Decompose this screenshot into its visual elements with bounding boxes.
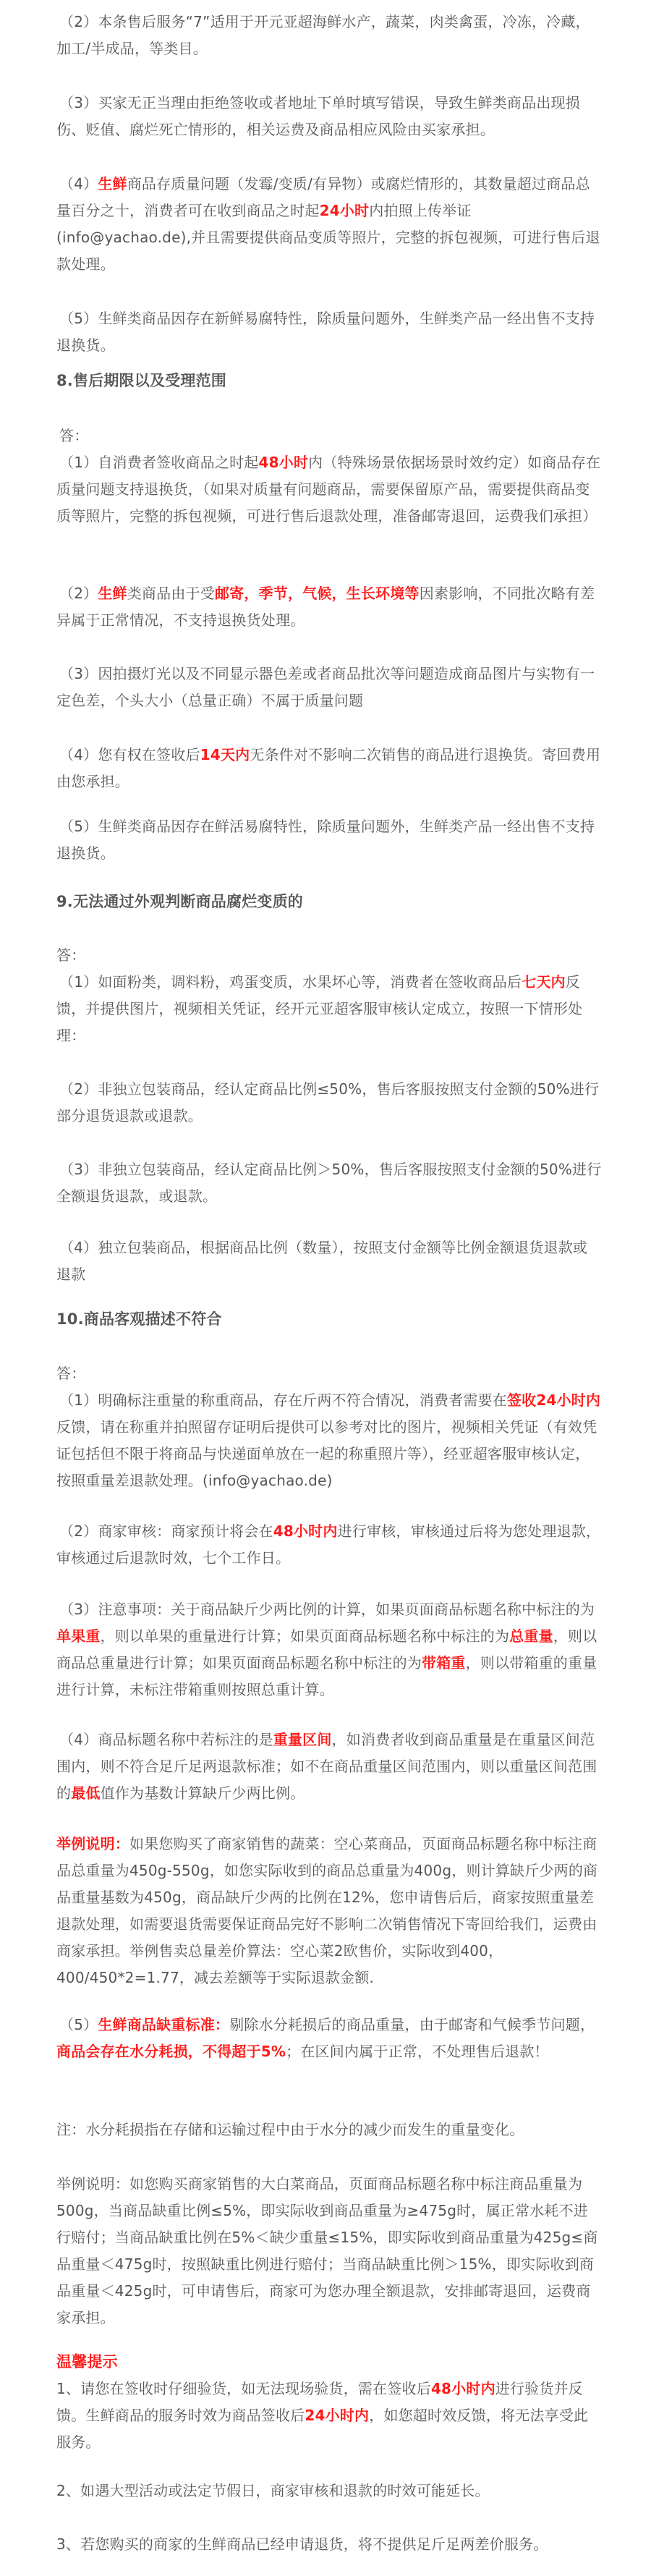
- paragraph-text: （1）如面粉类，调料粉，鸡蛋变质，水果坏心等，消费者在签收商品后: [59, 973, 522, 991]
- item-number: （5）: [59, 2016, 98, 2033]
- paragraph-text: （5）生鲜类商品因存在鲜活易腐特性，除质量问题外，生鲜类产品一经出售不支持退换货…: [56, 818, 595, 862]
- section-10-answer-label: 答：: [56, 1360, 602, 1387]
- highlight-48h: 48小时内: [431, 2380, 495, 2397]
- item-number: （4）: [59, 175, 98, 192]
- paragraph-text: 1、请您在签收时仔细验货，如无法现场验货，需在签收后: [56, 2380, 431, 2397]
- tip-item-3: 3、若您购买的商家的生鲜商品已经申请退货，将不提供足斤足两差价服务。: [56, 2531, 602, 2558]
- paragraph-text: （1）自消费者签收商品之时起: [59, 454, 259, 471]
- paragraph-text: （2）本条售后服务“7”适用于开元亚超海鲜水产，蔬菜，肉类禽蛋，冷冻，冷藏，加工…: [56, 13, 590, 57]
- paragraph-text: 值作为基数计算缺斤少两比例。: [101, 1784, 305, 1802]
- section-10-item-1: （1）明确标注重量的称重商品，存在斤两不符合情况，消费者需要在签收24小时内反馈…: [56, 1387, 602, 1494]
- section-10-heading: 10.商品客观描述不符合: [56, 1306, 602, 1333]
- paragraph-text: （3）非独立包装商品，经认定商品比例＞50%，售后客服按照支付金额的50%进行全…: [56, 1161, 601, 1205]
- highlight-box-weight: 带箱重: [422, 1654, 466, 1672]
- paragraph-text: （2）非独立包装商品，经认定商品比例≤50%，售后客服按照支付金额的50%进行部…: [56, 1080, 599, 1124]
- highlight-24h: 24小时: [320, 202, 370, 219]
- highlight-factors: 邮寄，季节，气候，生长环境等: [215, 585, 420, 602]
- paragraph-text: （1）明确标注重量的称重商品，存在斤两不符合情况，消费者需要在: [59, 1391, 507, 1409]
- section-10-item-3: （3）注意事项：关于商品缺斤少两比例的计算，如果页面商品标题名称中标注的为单果重…: [56, 1596, 602, 1703]
- policy-item-top-3: （3）买家无正当理由拒绝签收或者地址下单时填写错误，导致生鲜类商品出现损伤、贬值…: [56, 90, 602, 143]
- section-8-item-5: （5）生鲜类商品因存在鲜活易腐特性，除质量问题外，生鲜类产品一经出售不支持退换货…: [56, 813, 602, 867]
- section-10-item-4: （4）商品标题名称中若标注的是重量区间，如消费者收到商品重量是在重量区间范围内，…: [56, 1726, 602, 1807]
- highlight-fresh: 生鲜: [98, 175, 127, 192]
- tip-item-2: 2、如遇大型活动或法定节假日，商家审核和退款的时效可能延长。: [56, 2478, 602, 2504]
- section-9-item-2: （2）非独立包装商品，经认定商品比例≤50%，售后客服按照支付金额的50%进行部…: [56, 1076, 602, 1130]
- item-number: （2）: [59, 585, 98, 602]
- paragraph-text: （3）买家无正当理由拒绝签收或者地址下单时填写错误，导致生鲜类商品出现损伤、贬值…: [56, 94, 580, 138]
- paragraph-text: （5）生鲜类商品因存在新鲜易腐特性，除质量问题外，生鲜类产品一经出售不支持退换货…: [56, 310, 595, 354]
- section-8-item-4: （4）您有权在签收后14天内无条件对不影响二次销售的商品进行退换货。寄回费用由您…: [56, 742, 602, 795]
- paragraph-text: 反馈，请在称重并拍照留存证明后提供可以参考对比的图片，视频相关凭证（有效凭证包括…: [56, 1418, 597, 1489]
- highlight-fresh: 生鲜: [98, 585, 127, 602]
- highlight-weight-standard: 生鲜商品缺重标准：: [98, 2016, 229, 2033]
- paragraph-text: ，则以单果的重量进行计算；如果页面商品标题名称中标注的为: [101, 1627, 510, 1645]
- highlight-48h: 48小时内: [273, 1522, 338, 1540]
- section-8-item-1: （1）自消费者签收商品之时起48小时内（特殊场景依据场景时效约定）如商品存在质量…: [56, 449, 602, 530]
- paragraph-text: （3）注意事项：关于商品缺斤少两比例的计算，如果页面商品标题名称中标注的为: [59, 1601, 595, 1618]
- paragraph-text: ；在区间内属于正常，不处理售后退款！: [286, 2043, 549, 2060]
- section-10-item-2: （2）商家审核：商家预计将会在48小时内进行审核，审核通过后将为您处理退款，审核…: [56, 1518, 602, 1572]
- tip-item-1: 1、请您在签收时仔细验货，如无法现场验货，需在签收后48小时内进行验货并反馈。生…: [56, 2376, 602, 2456]
- section-10-example-1: 举例说明：如果您购买了商家销售的蔬菜：空心菜商品，页面商品标题名称中标注商品总重…: [56, 1831, 602, 1991]
- section-8-heading: 8.售后期限以及受理范围: [56, 368, 602, 394]
- policy-item-top-5: （5）生鲜类商品因存在新鲜易腐特性，除质量问题外，生鲜类产品一经出售不支持退换货…: [56, 305, 602, 359]
- section-10-item-5: （5）生鲜商品缺重标准：剔除水分耗损后的商品重量，由于邮寄和气候季节问题，商品会…: [56, 2012, 602, 2065]
- highlight-24h: 签收24小时内: [507, 1391, 600, 1409]
- highlight-single-fruit-weight: 单果重: [56, 1627, 101, 1645]
- policy-item-top-2: （2）本条售后服务“7”适用于开元亚超海鲜水产，蔬菜，肉类禽蛋，冷冻，冷藏，加工…: [56, 9, 602, 62]
- paragraph-text: 类商品由于受: [127, 585, 215, 602]
- highlight-7-days: 七天内: [522, 973, 566, 991]
- paragraph-text: （4）独立包装商品，根据商品比例（数量），按照支付金额等比例金额退货退款或退款: [56, 1239, 587, 1283]
- policy-item-top-4: （4）生鲜商品存质量问题（发霉/变质/有异物）或腐烂情形的，其数量超过商品总量百…: [56, 171, 602, 278]
- highlight-weight-range: 重量区间: [273, 1731, 332, 1748]
- section-8-item-3: （3）因拍摄灯光以及不同显示器色差或者商品批次等问题造成商品图片与实物有一定色差…: [56, 661, 602, 714]
- section-9-heading: 9.无法通过外观判断商品腐烂变质的: [56, 889, 602, 915]
- section-9-item-1: （1）如面粉类，调料粉，鸡蛋变质，水果坏心等，消费者在签收商品后七天内反馈，并提…: [56, 969, 602, 1049]
- section-8-answer-label: 答：: [56, 423, 602, 449]
- highlight-total-weight: 总重量: [509, 1627, 553, 1645]
- paragraph-text: （3）因拍摄灯光以及不同显示器色差或者商品批次等问题造成商品图片与实物有一定色差…: [56, 665, 595, 709]
- paragraph-text: 剔除水分耗损后的商品重量，由于邮寄和气候季节问题，: [229, 2016, 595, 2033]
- paragraph-text: 如果您购买了商家销售的蔬菜：空心菜商品，页面商品标题名称中标注商品总重量为450…: [56, 1835, 597, 1986]
- highlight-lowest: 最低: [71, 1784, 100, 1802]
- section-9-item-4: （4）独立包装商品，根据商品比例（数量），按照支付金额等比例金额退货退款或退款: [56, 1234, 602, 1288]
- section-8-item-2: （2）生鲜类商品由于受邮寄，季节，气候，生长环境等因素影响，不同批次略有差异属于…: [56, 580, 602, 634]
- section-10-note: 注：水分耗损指在存储和运输过程中由于水分的减少而发生的重量变化。: [56, 2117, 602, 2143]
- example-label: 举例说明：: [56, 1835, 129, 1852]
- paragraph-text: （4）商品标题名称中若标注的是: [59, 1731, 273, 1748]
- highlight-14-days: 14天内: [200, 746, 250, 763]
- paragraph-text: （2）商家审核：商家预计将会在: [59, 1522, 273, 1540]
- highlight-24h: 24小时内: [305, 2407, 369, 2424]
- highlight-water-loss: 商品会存在水分耗损，不得超于5%: [56, 2043, 286, 2060]
- highlight-48h: 48小时: [259, 454, 309, 471]
- section-9-answer-label: 答：: [56, 942, 602, 969]
- section-9-item-3: （3）非独立包装商品，经认定商品比例＞50%，售后客服按照支付金额的50%进行全…: [56, 1156, 602, 1210]
- paragraph-text: （4）您有权在签收后: [59, 746, 200, 763]
- section-10-example-2: 举例说明：如您购买商家销售的大白菜商品，页面商品标题名称中标注商品重量为500g…: [56, 2171, 602, 2331]
- warm-tips-heading: 温馨提示: [56, 2349, 602, 2376]
